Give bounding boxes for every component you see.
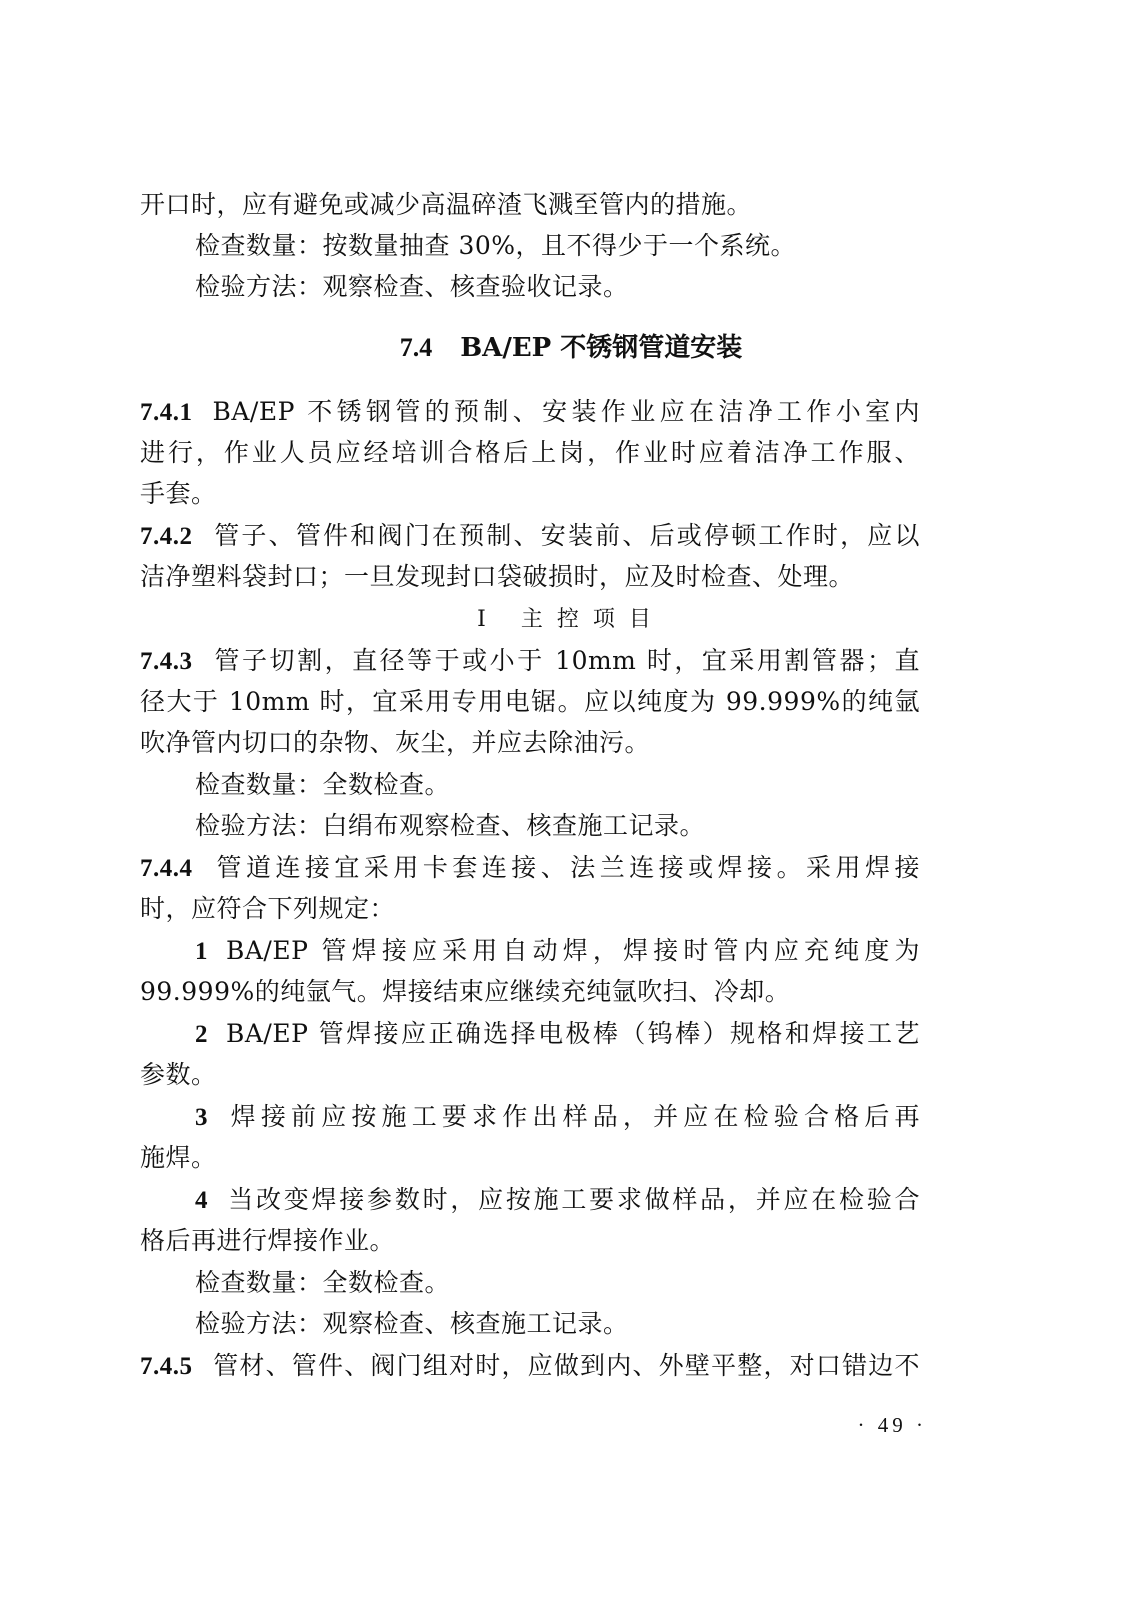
- check-quantity-line: 检查数量：全数检查。: [195, 770, 920, 800]
- check-method-line: 检验方法：白绢布观察检查、核查施工记录。: [195, 811, 920, 841]
- clause-text: 管子切割，直径等于或小于 10mm 时，宜采用割管器；直: [213, 646, 921, 675]
- clause-text: 管材、管件、阀门组对时，应做到内、外壁平整，对口错边不: [213, 1351, 921, 1380]
- clause-7-4-1-line-3: 手套。: [140, 479, 920, 509]
- subheading-main-control-items: Ⅰ 主控项目: [0, 606, 1142, 634]
- document-page: 开口时，应有避免或减少高温碎渣飞溅至管内的措施。 检查数量：按数量抽查 30%，…: [0, 0, 1142, 1600]
- list-item-text: BA/EP 管焊接应采用自动焊，焊接时管内应充纯度为: [226, 936, 920, 965]
- check-method-line: 检验方法：观察检查、核查施工记录。: [195, 1309, 920, 1339]
- clause-text: 管道连接宜采用卡套连接、法兰连接或焊接。采用焊接: [213, 853, 921, 882]
- clause-number: 7.4.1: [140, 399, 193, 426]
- section-heading: 7.4BA/EP 不锈钢管道安装: [0, 333, 1142, 363]
- list-item-2-line-2: 参数。: [140, 1060, 920, 1090]
- paragraph-line: 开口时，应有避免或减少高温碎渣飞溅至管内的措施。: [140, 190, 920, 220]
- clause-number: 7.4.2: [140, 523, 193, 550]
- list-item-1-line-2: 99.999%的纯氩气。焊接结束应继续充纯氩吹扫、冷却。: [140, 977, 920, 1007]
- list-item-4-line-2: 格后再进行焊接作业。: [140, 1226, 920, 1256]
- clause-7-4-3-line-2: 径大于 10mm 时，宜采用专用电锯。应以纯度为 99.999%的纯氩: [140, 687, 920, 717]
- list-item-number: 2: [195, 1021, 208, 1048]
- clause-number: 7.4.4: [140, 855, 193, 882]
- clause-7-4-3-line-1: 7.4.3管子切割，直径等于或小于 10mm 时，宜采用割管器；直: [140, 646, 920, 677]
- clause-7-4-2-line-1: 7.4.2管子、管件和阀门在预制、安装前、后或停顿工作时，应以: [140, 521, 920, 552]
- clause-7-4-2-line-2: 洁净塑料袋封口；一旦发现封口袋破损时，应及时检查、处理。: [140, 562, 920, 592]
- clause-number: 7.4.3: [140, 648, 193, 675]
- list-item-3-line-2: 施焊。: [140, 1143, 920, 1173]
- list-item-number: 3: [195, 1104, 208, 1131]
- section-number: 7.4: [400, 333, 433, 362]
- clause-7-4-1-line-1: 7.4.1BA/EP 不锈钢管的预制、安装作业应在洁净工作小室内: [140, 397, 920, 428]
- clause-7-4-1-line-2: 进行，作业人员应经培训合格后上岗，作业时应着洁净工作服、: [140, 438, 920, 468]
- clause-7-4-3-line-3: 吹净管内切口的杂物、灰尘，并应去除油污。: [140, 728, 920, 758]
- list-item-4-line-1: 4当改变焊接参数时，应按施工要求做样品，并应在检验合: [195, 1185, 920, 1216]
- clause-text: BA/EP 不锈钢管的预制、安装作业应在洁净工作小室内: [213, 397, 921, 426]
- clause-number: 7.4.5: [140, 1353, 193, 1380]
- check-method-line: 检验方法：观察检查、核查验收记录。: [195, 272, 920, 302]
- list-item-text: BA/EP 管焊接应正确选择电极棒（钨棒）规格和焊接工艺: [226, 1019, 920, 1048]
- section-title: BA/EP 不锈钢管道安装: [460, 333, 742, 363]
- list-item-2-line-1: 2BA/EP 管焊接应正确选择电极棒（钨棒）规格和焊接工艺: [195, 1019, 920, 1050]
- page-number: · 49 ·: [858, 1413, 928, 1438]
- check-quantity-line: 检查数量：按数量抽查 30%，且不得少于一个系统。: [195, 231, 920, 261]
- list-item-text: 当改变焊接参数时，应按施工要求做样品，并应在检验合: [226, 1185, 920, 1214]
- list-item-number: 1: [195, 938, 208, 965]
- check-quantity-line: 检查数量：全数检查。: [195, 1268, 920, 1298]
- clause-text: 管子、管件和阀门在预制、安装前、后或停顿工作时，应以: [213, 521, 921, 550]
- list-item-3-line-1: 3焊接前应按施工要求作出样品，并应在检验合格后再: [195, 1102, 920, 1133]
- clause-7-4-5-line-1: 7.4.5管材、管件、阀门组对时，应做到内、外壁平整，对口错边不: [140, 1351, 920, 1382]
- list-item-1-line-1: 1BA/EP 管焊接应采用自动焊，焊接时管内应充纯度为: [195, 936, 920, 967]
- list-item-text: 焊接前应按施工要求作出样品，并应在检验合格后再: [226, 1102, 920, 1131]
- clause-7-4-4-line-2: 时，应符合下列规定：: [140, 894, 920, 924]
- list-item-number: 4: [195, 1187, 208, 1214]
- clause-7-4-4-line-1: 7.4.4管道连接宜采用卡套连接、法兰连接或焊接。采用焊接: [140, 853, 920, 884]
